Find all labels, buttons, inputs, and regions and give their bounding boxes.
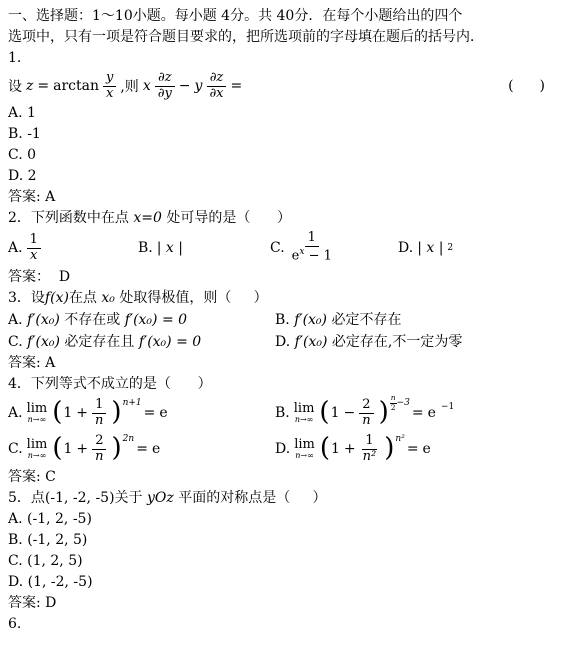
euler-e: e	[152, 441, 160, 457]
q1-formula-row: 设 z = arctan y x ,则 x ∂z ∂y − y ∂z ∂x = …	[8, 69, 553, 103]
number-one: 1	[331, 441, 340, 457]
option-label: A.	[8, 405, 23, 421]
q4-answer: 答案: C	[8, 467, 553, 488]
header-line-1: 一、选择题：1～10小题。每小题 4分。共 40分．在每个小题给出的四个	[8, 6, 553, 27]
equals-sign: =	[412, 405, 424, 421]
lim-subscript: n→∞	[295, 416, 314, 424]
fraction-denominator: x	[27, 249, 40, 264]
q4-stem: 4．下列等式不成立的是（ ）	[8, 374, 553, 395]
f-prime-x0: f′(x₀)	[294, 312, 327, 328]
option-label: D.	[275, 334, 290, 350]
number-one: 1	[63, 405, 72, 421]
f-prime-x0: f′(x₀)	[295, 334, 328, 350]
q2-option-c: C. 1 ex − 1	[270, 231, 398, 264]
q1-answer-paren-blank: ( )	[508, 78, 545, 94]
q2-answer: 答案： D	[8, 267, 553, 288]
limit-operator: limn→∞	[27, 402, 48, 424]
fraction-numerator: 1	[305, 231, 319, 247]
abs-x: | x |	[417, 240, 443, 256]
fraction-numerator: y	[103, 71, 116, 87]
q3-stem-text: 在点	[69, 290, 101, 306]
fraction-numerator: 2	[359, 398, 373, 414]
lim-word: lim	[294, 402, 315, 415]
fraction-denominator: n²	[360, 450, 380, 465]
fraction-dz-over-dy: ∂z ∂y	[155, 71, 175, 102]
f-prime-x0-equals-0: f′(x₀) = 0	[139, 334, 201, 350]
lim-word: lim	[294, 438, 315, 451]
func-f-of-x: f(x)	[45, 290, 69, 306]
q2-option-d: D. | x |2	[398, 240, 553, 256]
q5-option-d: D. (1, -2, -5)	[8, 572, 553, 593]
fraction-1-over-n: 1n	[92, 398, 106, 429]
q4-options-row-2: C. limn→∞ ( 1 + 2n ) 2n = e D. limn→∞ ( …	[8, 431, 553, 467]
equals-sign: =	[37, 78, 49, 94]
option-label: C.	[270, 240, 285, 256]
big-paren-open: (	[52, 437, 62, 460]
var-x-equals-0: x=0	[133, 210, 162, 226]
fraction-denominator: n	[92, 450, 106, 465]
exponent-rest: −3	[397, 398, 410, 408]
q2-option-a: A. 1 x	[8, 233, 138, 264]
q2-stem-text: 处可导的是（ ）	[162, 210, 291, 226]
big-paren-open: (	[319, 401, 329, 424]
fraction-2-over-n: 2n	[92, 434, 106, 465]
big-paren-close: )	[111, 401, 121, 424]
equals-sign: =	[144, 405, 156, 421]
fraction-y-over-x: y x	[103, 71, 116, 102]
q1-answer: 答案: A	[8, 187, 553, 208]
fraction-1-over-ex-minus-1: 1 ex − 1	[289, 231, 335, 264]
big-paren-close: )	[112, 437, 122, 460]
lim-subscript: n→∞	[295, 452, 314, 460]
q5-stem: 5．点(-1, -2, -5)关于 yOz 平面的对称点是（ ）	[8, 488, 553, 509]
arctan-function: arctan	[53, 78, 99, 94]
exponent-minus-1: −1	[441, 402, 454, 412]
q2-option-b: B. | x |	[138, 240, 270, 256]
lim-word: lim	[27, 438, 48, 451]
option-label: D.	[275, 441, 290, 457]
fraction-denominator: ∂y	[155, 87, 175, 102]
q1-text-set: 设	[8, 76, 22, 96]
option-label: C.	[8, 334, 23, 350]
q3-option-a: A. f′(x₀) 不存在或 f′(x₀) = 0	[8, 309, 275, 331]
number-one: 1	[331, 405, 340, 421]
option-label: A.	[8, 240, 23, 256]
f-prime-x0: f′(x₀)	[27, 312, 60, 328]
fraction-2-over-n: 2n	[359, 398, 373, 429]
q3-option-d: D. f′(x₀) 必定存在,不一定为零	[275, 331, 553, 353]
var-x0: x₀	[101, 290, 115, 306]
fraction-denominator: x	[103, 87, 116, 102]
q4-options-row-1: A. limn→∞ ( 1 + 1n ) n+1 = e B. limn→∞ (…	[8, 395, 553, 431]
q3-options-row-1: A. f′(x₀) 不存在或 f′(x₀) = 0 B. f′(x₀) 必定不存…	[8, 309, 553, 331]
minus-sign: −	[343, 405, 355, 421]
option-text: 必定存在,不一定为零	[327, 334, 462, 350]
q6-number: 6.	[8, 614, 553, 635]
q1-number: 1.	[8, 48, 553, 69]
exponent-n-plus-1: n+1	[123, 398, 142, 408]
q4-option-c: C. limn→∞ ( 1 + 2n ) 2n = e	[8, 434, 275, 465]
q1-option-d: D. 2	[8, 166, 553, 187]
q2-stem: 2．下列函数中在点 x=0 处可导的是（ ）	[8, 208, 553, 229]
fraction-denominator: n	[92, 414, 106, 429]
q1-text-then: ,则	[120, 76, 138, 96]
option-text: 不存在或	[60, 312, 125, 328]
var-z: z	[26, 78, 33, 94]
fraction-numerator: 2	[92, 434, 106, 450]
exponent-2: 2	[447, 243, 453, 253]
q5-stem-text: 5．点(-1, -2, -5)关于	[8, 490, 147, 506]
equals-sign: =	[407, 441, 419, 457]
q5-option-c: C. (1, 2, 5)	[8, 551, 553, 572]
option-text: 必定不存在	[327, 312, 401, 328]
var-x: x	[143, 78, 151, 94]
fraction-denominator: ex − 1	[289, 247, 335, 264]
q5-answer: 答案: D	[8, 593, 553, 614]
big-paren-open: (	[52, 401, 62, 424]
f-prime-x0-equals-0: f′(x₀) = 0	[125, 312, 187, 328]
plus-sign: +	[76, 441, 88, 457]
equals-sign: =	[136, 441, 148, 457]
fraction-dz-over-dx: ∂z ∂x	[206, 71, 226, 102]
fraction-denominator: ∂x	[206, 87, 226, 102]
big-paren-open: (	[320, 437, 330, 460]
q3-options-row-2: C. f′(x₀) 必定存在且 f′(x₀) = 0 D. f′(x₀) 必定存…	[8, 331, 553, 353]
q1-option-b: B. -1	[8, 124, 553, 145]
fraction-1-over-x: 1 x	[27, 233, 41, 264]
exponent-n-squared: n²	[395, 434, 404, 444]
limit-operator: limn→∞	[27, 438, 48, 460]
exponent-n-over-2-minus-3: n2−3	[390, 394, 410, 412]
euler-e: e	[428, 405, 436, 421]
lim-word: lim	[27, 402, 48, 415]
euler-e: e	[423, 441, 431, 457]
q5-option-a: A. (-1, 2, -5)	[8, 509, 553, 530]
q3-option-b: B. f′(x₀) 必定不存在	[275, 309, 553, 331]
lim-subscript: n→∞	[28, 416, 47, 424]
q2-stem-text: 2．下列函数中在点	[8, 210, 133, 226]
paren-close: )	[540, 78, 545, 94]
equals-sign: =	[231, 78, 243, 94]
var-y: y	[195, 78, 203, 94]
big-paren-close: )	[379, 401, 389, 424]
q3-answer: 答案: A	[8, 353, 553, 374]
fraction-denominator: n	[359, 414, 373, 429]
paren-open: (	[508, 78, 513, 94]
fraction-numerator: 1	[92, 398, 106, 414]
q3-option-c: C. f′(x₀) 必定存在且 f′(x₀) = 0	[8, 331, 275, 353]
q4-option-d: D. limn→∞ ( 1 + 1n² ) n² = e	[275, 434, 553, 465]
exam-document: 一、选择题：1～10小题。每小题 4分。共 40分．在每个小题给出的四个 选项中…	[0, 0, 561, 648]
option-label: B.	[275, 405, 290, 421]
fraction-numerator: ∂z	[155, 71, 175, 87]
fraction-numerator: ∂z	[207, 71, 227, 87]
limit-operator: limn→∞	[294, 438, 315, 460]
big-paren-close: )	[384, 437, 394, 460]
option-text: 必定存在且	[60, 334, 139, 350]
lim-subscript: n→∞	[28, 452, 47, 460]
fraction-denominator: 2	[390, 404, 397, 412]
header-line-2: 选项中，只有一项是符合题目要求的，把所选项前的字母填在题后的括号内．	[8, 27, 553, 48]
option-label: C.	[8, 441, 23, 457]
q3-stem: 3．设f(x)在点 x₀ 处取得极值，则（ ）	[8, 288, 553, 309]
q3-stem-text: 3．设	[8, 290, 45, 306]
q3-stem-text: 处取得极值，则（ ）	[115, 290, 268, 306]
number-one: 1	[63, 441, 72, 457]
q5-stem-text: 平面的对称点是（ ）	[174, 490, 327, 506]
option-label: A.	[8, 312, 23, 328]
q1-option-c: C. 0	[8, 145, 553, 166]
fraction-numerator: 1	[362, 434, 376, 450]
option-label: B.	[275, 312, 290, 328]
euler-e: e	[159, 405, 167, 421]
q4-option-b: B. limn→∞ ( 1 − 2n ) n2−3 = e−1	[275, 398, 553, 429]
minus-1-text: − 1	[304, 249, 331, 264]
yoz-plane: yOz	[147, 490, 174, 506]
option-label: B.	[138, 240, 153, 256]
q1-option-a: A. 1	[8, 103, 553, 124]
abs-x: | x |	[157, 240, 183, 256]
plus-sign: +	[76, 405, 88, 421]
f-prime-x0: f′(x₀)	[27, 334, 60, 350]
plus-sign: +	[344, 441, 356, 457]
mini-fraction-n-over-2: n2	[390, 394, 397, 412]
exponent-2n: 2n	[123, 434, 135, 444]
minus-sign: −	[179, 78, 191, 94]
q2-options-row: A. 1 x B. | x | C. 1 ex − 1 D. | x |2	[8, 229, 553, 267]
q4-option-a: A. limn→∞ ( 1 + 1n ) n+1 = e	[8, 398, 275, 429]
q5-option-b: B. (-1, 2, 5)	[8, 530, 553, 551]
fraction-1-over-n-squared: 1n²	[360, 434, 380, 465]
option-label: D.	[398, 240, 413, 256]
limit-operator: limn→∞	[294, 402, 315, 424]
fraction-numerator: 1	[27, 233, 41, 249]
